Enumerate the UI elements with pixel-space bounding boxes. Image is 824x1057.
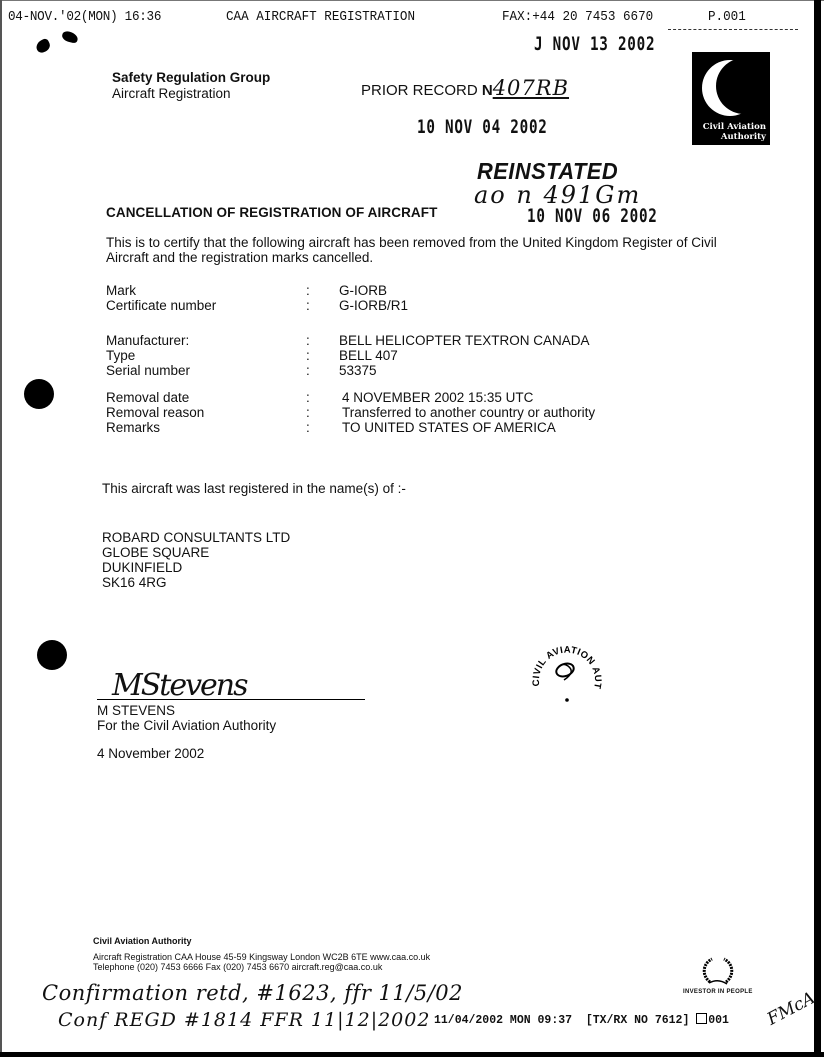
detail-value: BELL 407 xyxy=(339,348,398,363)
address-line: ROBARD CONSULTANTS LTD xyxy=(102,530,290,545)
punch-hole xyxy=(24,379,54,409)
footer-org-name: Civil Aviation Authority xyxy=(93,936,192,946)
signature-date: 4 November 2002 xyxy=(97,746,204,761)
ink-mark xyxy=(61,30,79,44)
footer-contact-line: Telephone (020) 7453 6666 Fax (020) 7453… xyxy=(93,962,430,972)
footer-address-line: Aircraft Registration CAA House 45-59 Ki… xyxy=(93,952,430,962)
fax-footer: 11/04/2002 MON 09:37 [TX/RX NO 7612] 001 xyxy=(434,1013,729,1027)
detail-label: Removal reason xyxy=(106,405,296,420)
ink-mark xyxy=(34,38,52,55)
page-box-icon xyxy=(696,1013,707,1024)
investor-in-people-logo-icon xyxy=(700,956,736,988)
org-name: Safety Regulation Group xyxy=(112,70,270,85)
certification-text: This is to certify that the following ai… xyxy=(106,235,756,265)
fax-footer-text: 11/04/2002 MON 09:37 [TX/RX NO 7612] xyxy=(434,1014,696,1027)
detail-label: Type xyxy=(106,348,296,363)
detail-separator: : xyxy=(306,333,310,348)
detail-separator: : xyxy=(306,390,310,405)
last-registered-label: This aircraft was last registered in the… xyxy=(102,481,406,496)
fax-header-page: P.001 xyxy=(708,9,746,25)
detail-separator: : xyxy=(306,363,310,378)
document-title: CANCELLATION OF REGISTRATION OF AIRCRAFT xyxy=(106,205,437,220)
prior-record-label: PRIOR RECORD xyxy=(361,82,482,99)
fax-header-sender: CAA AIRCRAFT REGISTRATION xyxy=(226,9,415,25)
footer-address: Aircraft Registration CAA House 45-59 Ki… xyxy=(93,952,430,972)
detail-label: Remarks xyxy=(106,420,296,435)
fax-header-number: FAX:+44 20 7453 6670 xyxy=(502,9,653,25)
fax-header-datetime: 04-NOV.'02(MON) 16:36 xyxy=(8,9,161,25)
detail-separator: : xyxy=(306,420,310,435)
fax-header-underline xyxy=(668,29,798,30)
page-edge-top xyxy=(0,0,824,1)
page-edge-left xyxy=(0,0,2,1057)
date-stamp-nov06: 10 NOV 06 2002 xyxy=(527,205,658,227)
detail-value: 4 NOVEMBER 2002 15:35 UTC xyxy=(342,390,533,405)
detail-label: Removal date xyxy=(106,390,296,405)
received-date-stamp: J NOV 13 2002 xyxy=(534,33,655,55)
detail-label: Mark xyxy=(106,283,296,298)
investor-in-people-text: INVESTOR IN PEOPLE xyxy=(683,989,753,995)
punch-hole xyxy=(37,640,67,670)
signer-name: M STEVENS xyxy=(97,703,175,718)
page-edge-bottom xyxy=(0,1052,824,1057)
fax-footer-page: 001 xyxy=(708,1014,729,1027)
detail-value: 53375 xyxy=(339,363,377,378)
address-line: GLOBE SQUARE xyxy=(102,545,290,560)
signature-line xyxy=(97,699,365,700)
detail-label: Manufacturer: xyxy=(106,333,296,348)
prior-record-prefix: N xyxy=(482,82,493,99)
signature: MStevens xyxy=(112,668,247,703)
detail-label: Certificate number xyxy=(106,298,296,313)
detail-separator: : xyxy=(306,405,310,420)
registered-owner-address: ROBARD CONSULTANTS LTD GLOBE SQUARE DUKI… xyxy=(102,530,290,590)
handwritten-note: Conf REGD #1814 FFR 11|12|2002 xyxy=(58,1009,430,1031)
detail-value: G-IORB/R1 xyxy=(339,298,408,313)
detail-separator: : xyxy=(306,298,310,313)
handwritten-initials: FMcA xyxy=(764,988,818,1030)
org-department: Aircraft Registration xyxy=(112,86,231,101)
svg-text:CIVIL AVIATION AUTHORITY: CIVIL AVIATION AUTHORITY xyxy=(524,630,603,690)
caa-seal: CIVIL AVIATION AUTHORITY xyxy=(524,630,610,710)
handwritten-note: Confirmation retd, #1623, ffr 11/5/02 xyxy=(42,981,463,1005)
prior-record-value: 407RB xyxy=(493,76,569,100)
detail-separator: : xyxy=(306,348,310,363)
date-stamp-nov04: 10 NOV 04 2002 xyxy=(417,116,548,138)
detail-value: G-IORB xyxy=(339,283,387,298)
detail-label: Serial number xyxy=(106,363,296,378)
detail-value: TO UNITED STATES OF AMERICA xyxy=(342,420,556,435)
caa-logo: Civil Aviation Authority xyxy=(692,52,770,145)
address-line: SK16 4RG xyxy=(102,575,290,590)
detail-value: BELL HELICOPTER TEXTRON CANADA xyxy=(339,333,590,348)
signer-organization: For the Civil Aviation Authority xyxy=(97,718,276,733)
caa-logo-text: Civil Aviation Authority xyxy=(703,122,766,142)
address-line: DUKINFIELD xyxy=(102,560,290,575)
page-edge-right xyxy=(814,0,821,1057)
detail-value: Transferred to another country or author… xyxy=(342,405,595,420)
detail-separator: : xyxy=(306,283,310,298)
prior-record: PRIOR RECORD N407RB xyxy=(361,76,569,100)
